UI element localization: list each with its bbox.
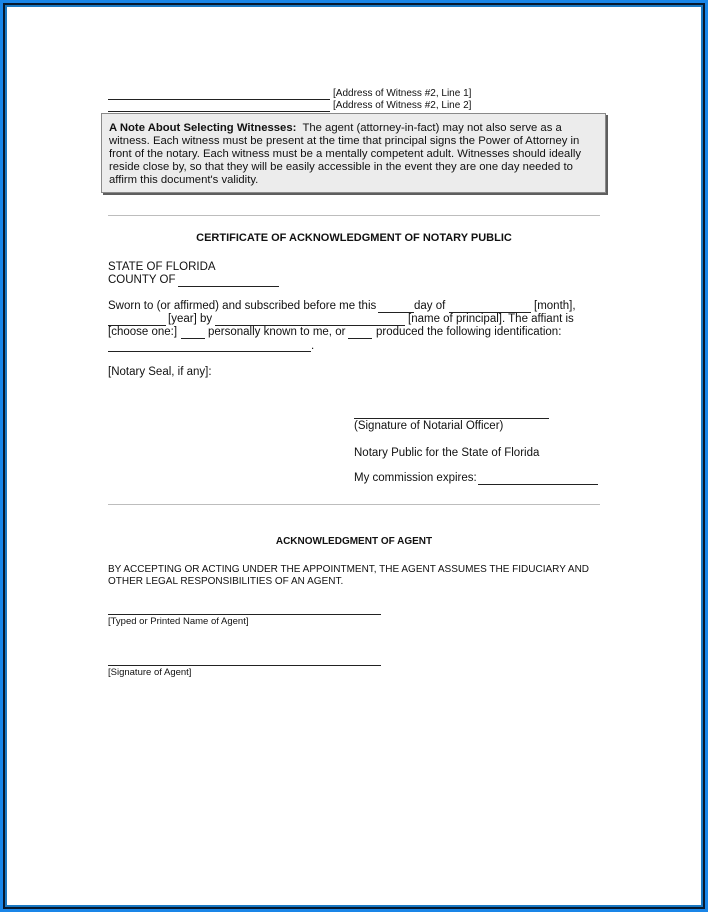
known-checkbox-blank[interactable] — [181, 338, 205, 339]
notary-signature-label: (Signature of Notarial Officer) — [354, 420, 503, 433]
witness-note-box: A Note About Selecting Witnesses: The ag… — [101, 113, 606, 193]
produced-checkbox-blank[interactable] — [348, 338, 372, 339]
sworn-known: personally known to me, or — [208, 326, 345, 339]
sworn-year: [year] by — [168, 313, 212, 326]
commission-expiry-blank[interactable] — [478, 484, 598, 485]
sworn-text-1: Sworn to (or affirmed) and subscribed be… — [108, 300, 376, 313]
witness-address-line-1-label: [Address of Witness #2, Line 1] — [333, 88, 471, 100]
agent-statement: BY ACCEPTING OR ACTING UNDER THE APPOINT… — [108, 564, 598, 588]
agent-acknowledgment-title: ACKNOWLEDGMENT OF AGENT — [0, 536, 708, 547]
notary-public-label: Notary Public for the State of Florida — [354, 447, 539, 460]
sworn-month: [month], — [534, 300, 576, 313]
county-label: COUNTY OF — [108, 274, 176, 287]
section-divider-2 — [108, 504, 600, 505]
commission-label: My commission expires: — [354, 472, 477, 485]
witness-address-line-2-blank[interactable] — [108, 111, 330, 112]
sworn-principal: [name of principal]. The affiant is — [408, 313, 574, 326]
witness-address-line-2-label: [Address of Witness #2, Line 2] — [333, 100, 471, 112]
witness-address-line-1-blank[interactable] — [108, 99, 330, 100]
sworn-end: . — [311, 340, 314, 353]
sworn-choose: [choose one:] — [108, 326, 177, 339]
agent-signature-label: [Signature of Agent] — [108, 667, 191, 678]
section-divider-1 — [108, 215, 600, 216]
sworn-day-of: day of — [414, 300, 445, 313]
identification-blank[interactable] — [108, 351, 311, 352]
sworn-produced: produced the following identification: — [376, 326, 561, 339]
agent-name-line[interactable] — [108, 614, 381, 615]
county-blank[interactable] — [178, 286, 279, 287]
document-content: [Address of Witness #2, Line 1] [Address… — [0, 0, 708, 912]
notary-signature-line[interactable] — [354, 418, 549, 419]
state-label: STATE OF FLORIDA — [108, 261, 216, 274]
notary-seal-label: [Notary Seal, if any]: — [108, 366, 212, 379]
note-title: A Note About Selecting Witnesses: — [109, 122, 296, 134]
agent-name-label: [Typed or Printed Name of Agent] — [108, 616, 248, 627]
agent-signature-line[interactable] — [108, 665, 381, 666]
notary-certificate-title: CERTIFICATE OF ACKNOWLEDGMENT OF NOTARY … — [0, 232, 708, 244]
